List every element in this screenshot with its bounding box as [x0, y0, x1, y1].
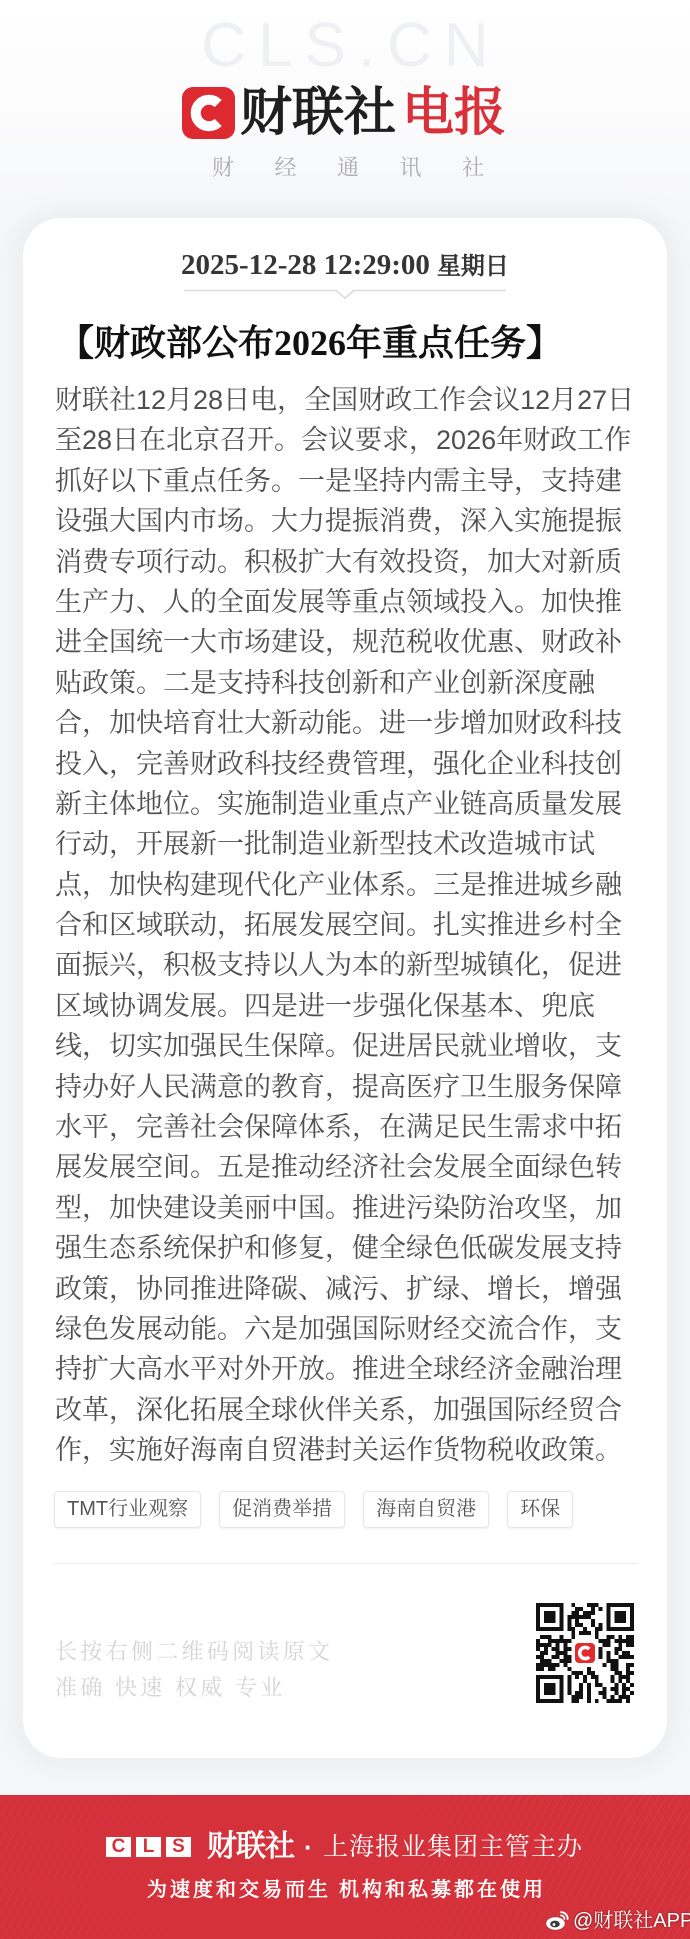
tag-hainan-ftp[interactable]: 海南自贸港	[363, 1491, 489, 1528]
body-line: 贴政策。二是支持科技创新和产业创新深度融	[55, 663, 634, 703]
body-line: 抓好以下重点任务。一是坚持内需主导，支持建	[55, 461, 634, 501]
body-line: 合，加快培育壮大新动能。进一步增加财政科技	[55, 703, 634, 743]
body-line: 线，切实加强民生保障。促进居民就业增收，支	[55, 1026, 634, 1066]
date-divider-notch	[184, 289, 506, 299]
body-line: 持扩大高水平对外开放。推进全球经济金融治理	[55, 1349, 634, 1389]
brand-tagline: 财经通讯社	[212, 155, 525, 181]
brand-logo-text: 财联社电报	[240, 84, 506, 142]
body-line: 投入，完善财政科技经费管理，强化企业科技创	[55, 744, 634, 784]
body-line: 至28日在北京召开。会议要求，2026年财政工作	[55, 420, 634, 460]
section-divider	[54, 1563, 638, 1564]
brand-values-text: 准确 快速 权威 专业	[55, 1673, 286, 1703]
cls-letter-s: S	[166, 1837, 191, 1857]
publish-datetime: 2025-12-28 12:29:00星期日	[23, 248, 667, 284]
body-line: 设强大国内市场。大力提振消费，深入实施提振	[55, 501, 634, 541]
body-line: 型，加快建设美丽中国。推进污染防治攻坚，加	[55, 1188, 634, 1228]
tag-environment[interactable]: 环保	[507, 1491, 573, 1528]
news-share-page: CLS.CN 财联社电报 财经通讯社 2025-12-28 12:29:00星期…	[0, 0, 690, 1939]
body-line: 展发展空间。五是推动经济社会发展全面绿色转	[55, 1147, 634, 1187]
article-card: 2025-12-28 12:29:00星期日 【财政部公布2026年重点任务】 …	[23, 218, 667, 1758]
footer-brand-name: 财联社	[207, 1830, 294, 1864]
body-line: 持办好人民满意的教育，提高医疗卫生服务保障	[55, 1067, 634, 1107]
body-line: 消费专项行动。积极扩大有效投资，加大对新质	[55, 542, 634, 582]
body-line: 面振兴，积极支持以人为本的新型城镇化，促进	[55, 945, 634, 985]
datetime-text: 2025-12-28 12:29:00	[181, 249, 430, 281]
footer-banner: C L S 财联社 · 上海报业集团主管主办 为速度和交易而生 机构和私募都在使…	[0, 1795, 690, 1939]
weibo-handle: @财联社APP	[573, 1908, 690, 1934]
cls-letter-c: C	[106, 1837, 131, 1857]
body-line: 绿色发展动能。六是加强国际财经交流合作，支	[55, 1309, 634, 1349]
article-title: 【财政部公布2026年重点任务】	[58, 321, 562, 365]
cls-letter-l: L	[136, 1837, 161, 1857]
qr-code-icon[interactable]	[536, 1603, 634, 1703]
tag-consumption-measures[interactable]: 促消费举措	[219, 1491, 345, 1528]
tag-tmt-industry[interactable]: TMT行业观察	[54, 1491, 201, 1528]
body-line: 改革，深化拓展全球伙伴关系，加强国际经贸合	[55, 1390, 634, 1430]
weekday-text: 星期日	[437, 254, 509, 280]
cls-letter-logo: C L S	[106, 1837, 191, 1857]
product-name: 电报	[402, 84, 506, 142]
qr-center-logo-icon	[573, 1641, 597, 1665]
body-line: 行动，开展新一批制造业新型技术改造城市试	[55, 824, 634, 864]
footer-publisher: 上海报业集团主管主办	[323, 1832, 583, 1862]
body-line: 政策，协同推进降碳、减污、扩绿、增长，增强	[55, 1269, 634, 1309]
body-line: 作，实施好海南自贸港封关运作货物税收政策。	[55, 1430, 634, 1470]
body-line: 新主体地位。实施制造业重点产业链高质量发展	[55, 784, 634, 824]
body-line: 生产力、人的全面发展等重点领域投入。加快推	[55, 582, 634, 622]
body-line: 点，加快构建现代化产业体系。三是推进城乡融	[55, 865, 634, 905]
body-line: 财联社12月28日电，全国财政工作会议12月27日	[55, 380, 634, 420]
body-line: 区域协调发展。四是进一步强化保基本、兜底	[55, 986, 634, 1026]
footer-slogan: 为速度和交易而生 机构和私募都在使用	[0, 1877, 690, 1903]
footer-separator: ·	[304, 1830, 313, 1864]
cls-cn-watermark: CLS.CN	[0, 15, 690, 77]
brand-name: 财联社	[240, 84, 396, 142]
weibo-icon	[545, 1910, 570, 1931]
body-line: 进全国统一大市场建设，规范税收优惠、财政补	[55, 622, 634, 662]
cls-c-logo-icon	[182, 87, 235, 139]
body-line: 水平，完善社会保障体系，在满足民生需求中拓	[55, 1107, 634, 1147]
article-body: 财联社12月28日电，全国财政工作会议12月27日 至28日在北京召开。会议要求…	[55, 380, 634, 1471]
topic-tags: TMT行业观察 促消费举措 海南自贸港 环保	[54, 1491, 573, 1528]
qr-instruction-text: 长按右侧二维码阅读原文	[55, 1637, 333, 1667]
body-line: 合和区域联动，拓展发展空间。扎实推进乡村全	[55, 905, 634, 945]
body-line: 强生态系统保护和修复，健全绿色低碳发展支持	[55, 1228, 634, 1268]
